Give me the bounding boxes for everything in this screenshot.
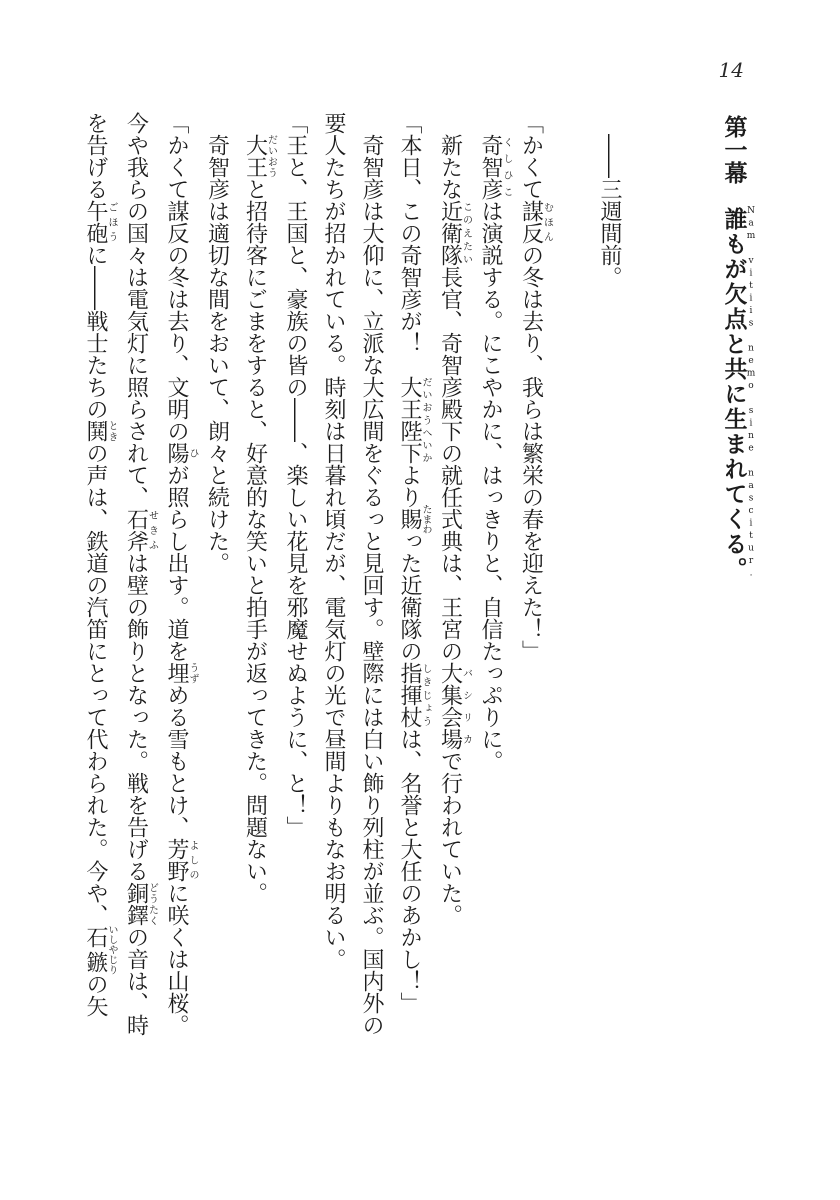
furigana-ruby: 石斧せきふ: [124, 508, 149, 552]
furigana-ruby: 大王だいおう: [243, 134, 268, 178]
chapter-number: 第一幕: [721, 115, 748, 207]
furigana-ruby: 銅鐸どうたく: [124, 882, 149, 926]
chapter-title-text: 誰もが欠点と共に生まれてくる。: [721, 206, 748, 581]
furigana-ruby: 指揮杖しきじょう: [397, 662, 422, 728]
chapter-title: 誰もが欠点と共に生まれてくる。Nam vitiis nemo sine nasc…: [721, 207, 748, 581]
scene-marker: ――三週間前。: [594, 112, 625, 1042]
book-page: 14 第一幕 誰もが欠点と共に生まれてくる。Nam vitiis nemo si…: [0, 0, 840, 1200]
furigana-ruby: 近衛隊このえたい: [438, 200, 463, 266]
furigana-ruby: 大王陛下だいおうへいか: [397, 376, 422, 464]
furigana-ruby: 午砲ごほう: [83, 200, 108, 244]
text-column: 「本日、この奇智彦が！ 大王陛下だいおうへいかより賜たまわった近衛隊の指揮杖しき…: [390, 112, 431, 1044]
furigana-ruby: 大集会場バシリカ: [438, 662, 463, 750]
text-column: 奇智彦は大仰に、立派な大広間をぐるっと見回す。壁際には白い飾り列柱が並ぶ。国内外…: [352, 112, 390, 1044]
text-column: 奇智彦は適切な間をおいて、朗々と続けた。: [198, 112, 236, 1044]
body-text: 「かくて謀反むほんの冬は去り、我らは繁栄の春を迎えた！」奇智彦くしひこは演説する…: [76, 112, 552, 1044]
furigana-ruby: 陽ひ: [164, 442, 189, 464]
furigana-ruby: 石鏃いしやじり: [83, 926, 108, 973]
page-number: 14: [719, 58, 744, 82]
furigana-ruby: 奇智彦くしひこ: [478, 134, 503, 200]
text-column: 「かくて謀反の冬は去り、文明の陽ひが照らし出す。道を埋うずめる雪もとけ、芳野よし…: [157, 112, 198, 1044]
furigana-ruby: 埋うず: [164, 662, 189, 684]
text-column: 今や我らの国々は電気灯に照らされて、石斧せきふは壁の飾りとなった。戦を告げる銅鐸…: [117, 112, 158, 1044]
text-column: 新たな近衛隊このえたい長官、奇智彦殿下の就任式典は、王宮の大集会場バシリカで行わ…: [431, 112, 472, 1044]
text-column: 奇智彦くしひこは演説する。にこやかに、はっきりと、自信たっぷりに。: [471, 112, 512, 1044]
chapter-title-latin-ruby: Nam vitiis nemo sine nascitur.: [746, 206, 756, 581]
furigana-ruby: 賜たまわ: [397, 508, 422, 530]
text-column: 「かくて謀反むほんの冬は去り、我らは繁栄の春を迎えた！」: [512, 112, 553, 1044]
furigana-ruby: 鬨とき: [83, 420, 108, 442]
furigana-ruby: 謀反むほん: [519, 200, 544, 244]
text-column: 「王と、王国と、豪族の皆の――、楽しい花見を邪魔せぬように、と！」: [276, 112, 314, 1044]
text-column: 要人たちが招かれている。時刻は日暮れ頃だが、電気灯の光で昼間よりもなお明るい。: [314, 112, 352, 1044]
furigana-ruby: 芳野よしの: [164, 838, 189, 882]
text-column: を告げる午砲ごほうに――戦士たちの鬨ときの声は、鉄道の汽笛にとって代わられた。今…: [76, 112, 117, 1044]
chapter-heading: 第一幕 誰もが欠点と共に生まれてくる。Nam vitiis nemo sine …: [718, 115, 757, 1075]
text-column: 大王だいおうと招待客にごまをすると、好意的な笑いと拍手が返ってきた。問題ない。: [236, 112, 277, 1044]
